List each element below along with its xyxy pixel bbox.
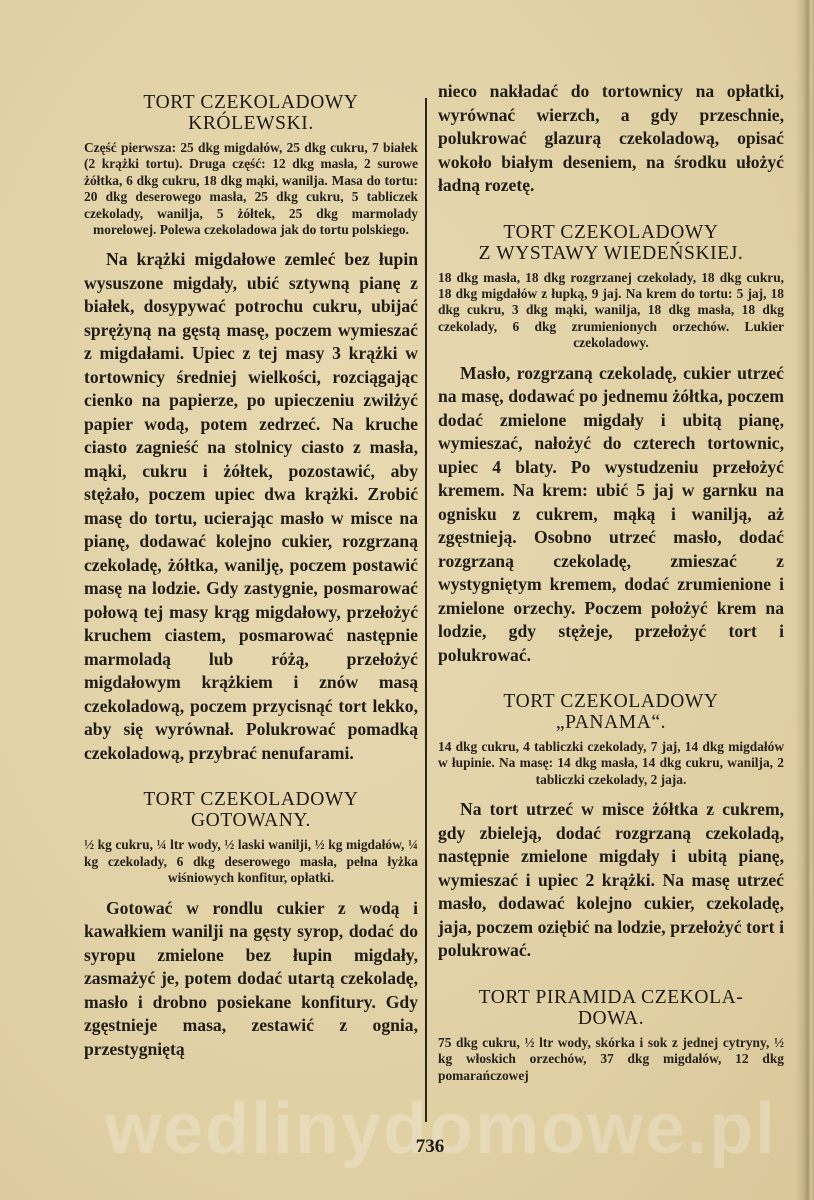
recipe-tort-czekoladowy-z-wystawy-wiedenskiej: TORT CZEKOLADOWY Z WYSTAWY WIEDEŃSKIEJ. …	[438, 222, 784, 668]
recipe-ingredients: 14 dkg cukru, 4 tabliczki czekolady, 7 j…	[438, 739, 784, 788]
page-number: 736	[0, 1136, 814, 1158]
recipe-title: TORT CZEKOLADOWY „PANAMA“.	[438, 691, 784, 733]
recipe-continuation: nieco nakładać do tortownicy na opłatki,…	[438, 80, 784, 198]
recipe-instructions: Na tort utrzeć w misce żółtka z cukrem, …	[438, 798, 784, 963]
recipe-title-line1: TORT CZEKOLADOWY	[143, 92, 358, 113]
left-column: TORT CZEKOLADOWY KRÓLEWSKI. Część pierws…	[84, 92, 418, 1085]
recipe-instructions-continued: nieco nakładać do tortownicy na opłatki,…	[438, 80, 784, 198]
recipe-ingredients: 75 dkg cukru, ½ ltr wody, skórka i sok z…	[438, 1035, 784, 1084]
recipe-title: TORT CZEKOLADOWY GOTOWANY.	[84, 789, 418, 831]
recipe-title-line1: TORT CZEKOLADOWY	[503, 222, 718, 243]
recipe-title-line1: TORT CZEKOLADOWY	[143, 789, 358, 810]
recipe-ingredients: ½ kg cukru, ¼ ltr wody, ½ laski wanilji,…	[84, 837, 418, 886]
recipe-instructions: Masło, rozgrzaną czekoladę, cukier utrze…	[438, 362, 784, 668]
recipe-title-line1: TORT PIRAMIDA CZEKOLA-	[479, 987, 744, 1008]
book-page: TORT CZEKOLADOWY KRÓLEWSKI. Część pierws…	[0, 0, 814, 1200]
recipe-tort-piramida-czekoladowa: TORT PIRAMIDA CZEKOLA- DOWA. 75 dkg cukr…	[438, 987, 784, 1084]
recipe-title-line2: Z WYSTAWY WIEDEŃSKIEJ.	[479, 243, 744, 264]
recipe-title-line2: „PANAMA“.	[556, 712, 666, 733]
recipe-ingredients: 18 dkg masła, 18 dkg rozgrzanej czekolad…	[438, 270, 784, 352]
recipe-instructions: Gotować w rondlu cukier z wodą i kawałki…	[84, 897, 418, 1062]
recipe-title-line2: GOTOWANY.	[191, 810, 311, 831]
recipe-title: TORT PIRAMIDA CZEKOLA- DOWA.	[438, 987, 784, 1029]
column-divider	[425, 98, 427, 1122]
recipe-tort-czekoladowy-panama: TORT CZEKOLADOWY „PANAMA“. 14 dkg cukru,…	[438, 691, 784, 963]
recipe-ingredients: Część pierwsza: 25 dkg migdałów, 25 dkg …	[84, 140, 418, 238]
recipe-title: TORT CZEKOLADOWY KRÓLEWSKI.	[84, 92, 418, 134]
right-column: nieco nakładać do tortownicy na opłatki,…	[438, 80, 784, 1108]
recipe-title: TORT CZEKOLADOWY Z WYSTAWY WIEDEŃSKIEJ.	[438, 222, 784, 264]
recipe-tort-czekoladowy-krolewski: TORT CZEKOLADOWY KRÓLEWSKI. Część pierws…	[84, 92, 418, 765]
recipe-title-line1: TORT CZEKOLADOWY	[503, 691, 718, 712]
recipe-tort-czekoladowy-gotowany: TORT CZEKOLADOWY GOTOWANY. ½ kg cukru, ¼…	[84, 789, 418, 1061]
recipe-instructions: Na krążki migdałowe zemleć bez łupin wys…	[84, 248, 418, 765]
recipe-title-line2: KRÓLEWSKI.	[188, 113, 314, 134]
recipe-title-line2: DOWA.	[578, 1008, 644, 1029]
